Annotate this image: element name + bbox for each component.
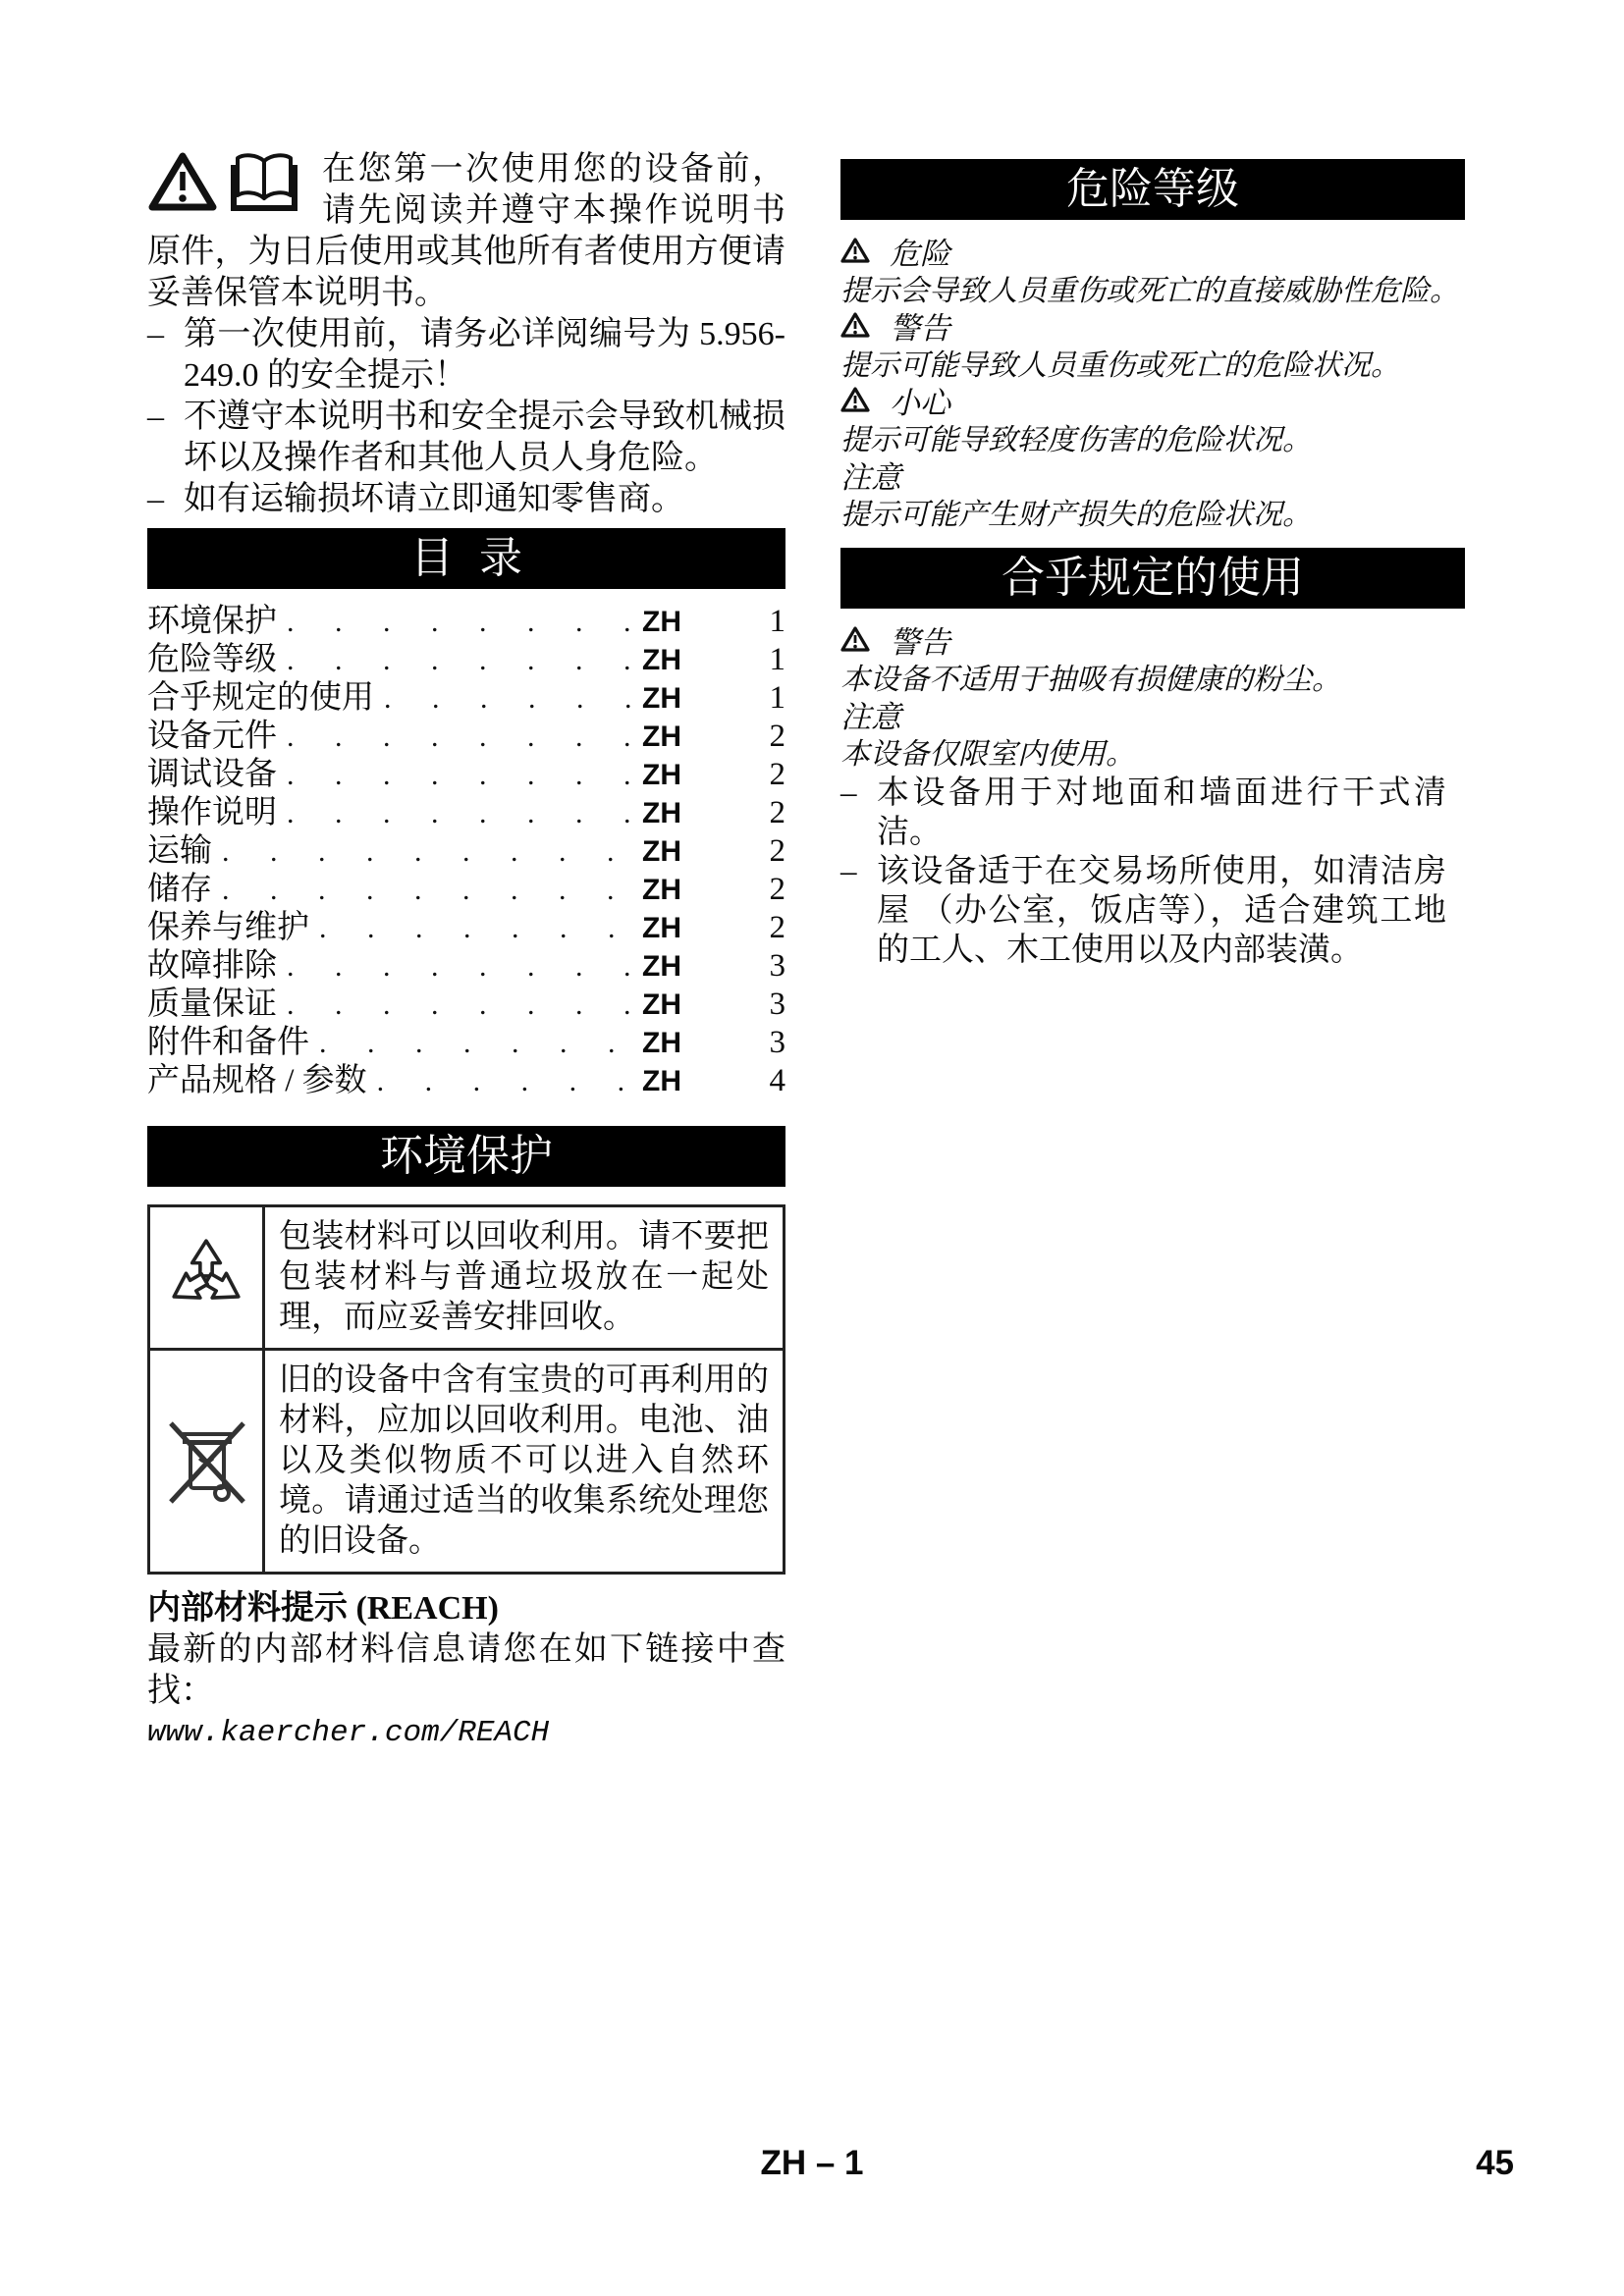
toc-label: 危险等级 [147, 641, 277, 679]
toc-dot-leader: . . . . . . . . . . . . . . . . . . . . [287, 947, 636, 986]
toc-row: 调试设备. . . . . . . . . . . . . . . . . . … [147, 756, 785, 794]
toc-label: 合乎规定的使用 [147, 679, 374, 718]
list-item-text: 本设备用于对地面和墙面进行干式清洁。 [877, 774, 1446, 852]
table-of-contents: 环境保护. . . . . . . . . . . . . . . . . . … [147, 603, 785, 1100]
toc-row: 合乎规定的使用. . . . . . . . . . . . . . . . .… [147, 679, 785, 718]
table-row: 旧的设备中含有宝贵的可再利用的材料，应加以回收利用。电池、油以及类似物质不可以进… [150, 1351, 783, 1572]
proper-use-section: 警告 本设备不适用于抽吸有损健康的粉尘。 注意 本设备仅限室内使用。 – 本设备… [840, 624, 1465, 970]
toc-row: 危险等级. . . . . . . . . . . . . . . . . . … [147, 641, 785, 679]
environment-table: 包装材料可以回收利用。请不要把包装材料与普通垃圾放在一起处理，而应妥善安排回收。… [147, 1204, 785, 1575]
toc-row: 操作说明. . . . . . . . . . . . . . . . . . … [147, 794, 785, 832]
table-row: 包装材料可以回收利用。请不要把包装材料与普通垃圾放在一起处理，而应妥善安排回收。 [150, 1207, 783, 1351]
section-header-contents: 目录 [147, 528, 785, 589]
hazard-level-desc: 提示会导致人员重伤或死亡的直接威胁性危险。 [840, 273, 1465, 310]
toc-lang: ZH [642, 947, 732, 986]
toc-dot-leader: . . . . . . . . . . . . . . . . . . . . [287, 794, 636, 832]
toc-page-number: 2 [732, 718, 785, 756]
toc-page-number: 4 [732, 1062, 785, 1100]
toc-lang: ZH [642, 756, 732, 794]
toc-lang: ZH [642, 832, 732, 871]
toc-lang: ZH [642, 871, 732, 909]
toc-page-number: 2 [732, 756, 785, 794]
list-item-text: 第一次使用前，请务必详阅编号为 5.956-249.0 的安全提示！ [184, 314, 785, 397]
toc-row: 附件和备件. . . . . . . . . . . . . . . . . .… [147, 1024, 785, 1062]
hazard-level-desc: 提示可能导致人员重伤或死亡的危险状况。 [840, 347, 1465, 385]
hazard-level-list: 危险 提示会导致人员重伤或死亡的直接威胁性危险。 警告 提示可能导致人员重伤或死… [840, 236, 1465, 534]
dash-marker: – [840, 852, 877, 970]
list-item: – 第一次使用前，请务必详阅编号为 5.956-249.0 的安全提示！ [147, 314, 785, 397]
recycle-icon-cell [150, 1207, 265, 1348]
toc-dot-leader: . . . . . . . . . . . . . . . . . . . . [287, 756, 636, 794]
toc-page-number: 1 [732, 679, 785, 718]
toc-dot-leader: . . . . . . . . . . . . . . . . . . . . [222, 832, 636, 871]
warning-triangle-icon [840, 624, 870, 662]
list-item: – 该设备适于在交易场所使用，如清洁房屋 （办公室，饭店等），适合建筑工地的工人… [840, 852, 1465, 970]
hazard-item-caution: 小心 [840, 385, 1465, 422]
hazard-level-desc: 提示可能导致轻度伤害的危险状况。 [840, 422, 1465, 459]
usage-warning-label: 警告 [840, 624, 1465, 662]
list-item: – 如有运输损坏请立即通知零售商。 [147, 479, 785, 520]
hazard-level-desc: 提示可能产生财产损失的危险状况。 [840, 497, 1465, 534]
hazard-level-label: 危险 [890, 236, 950, 273]
right-column: 危险等级 危险 提示会导致人员重伤或死亡的直接威胁性危险。 警告 提示可能导致人… [840, 159, 1465, 970]
footer-page-number: 45 [1476, 2144, 1514, 2183]
toc-page-number: 2 [732, 909, 785, 947]
table-cell-text: 包装材料可以回收利用。请不要把包装材料与普通垃圾放在一起处理，而应妥善安排回收。 [265, 1207, 783, 1348]
toc-row: 设备元件. . . . . . . . . . . . . . . . . . … [147, 718, 785, 756]
dash-marker: – [147, 314, 184, 397]
list-item-text: 不遵守本说明书和安全提示会导致机械损坏以及操作者和其他人员人身危险。 [184, 397, 785, 479]
warning-triangle-icon [840, 236, 870, 273]
list-item-text: 如有运输损坏请立即通知零售商。 [184, 479, 785, 520]
toc-lang: ZH [642, 909, 732, 947]
section-header-proper-use: 合乎规定的使用 [840, 548, 1465, 609]
warning-triangle-icon [840, 310, 870, 347]
toc-label: 储存 [147, 871, 212, 909]
toc-page-number: 2 [732, 871, 785, 909]
list-item-text: 该设备适于在交易场所使用，如清洁房屋 （办公室，饭店等），适合建筑工地的工人、木… [877, 852, 1446, 970]
hazard-level-label: 警告 [890, 310, 950, 347]
crossed-out-bin-icon [164, 1415, 248, 1508]
toc-page-number: 3 [732, 947, 785, 986]
intro-icons [147, 149, 322, 232]
left-column: 在您第一次使用您的设备前，请先阅读并遵守本操作说明书原件，为日后使用或其他所有者… [147, 149, 785, 1755]
warning-triangle-icon [840, 385, 870, 422]
hazard-item-warning: 警告 [840, 310, 1465, 347]
toc-dot-leader: . . . . . . . . . . . . . . . . . . . . [287, 641, 636, 679]
toc-dot-leader: . . . . . . . . . . . . . . . . . . . . [222, 871, 636, 909]
toc-lang: ZH [642, 986, 732, 1024]
toc-label: 质量保证 [147, 986, 277, 1024]
open-book-icon [226, 149, 302, 214]
crossed-bin-icon-cell [150, 1351, 265, 1572]
toc-label: 故障排除 [147, 947, 277, 986]
manual-page: 在您第一次使用您的设备前，请先阅读并遵守本操作说明书原件，为日后使用或其他所有者… [0, 0, 1624, 2296]
toc-row: 质量保证. . . . . . . . . . . . . . . . . . … [147, 986, 785, 1024]
toc-lang: ZH [642, 679, 732, 718]
toc-row: 故障排除. . . . . . . . . . . . . . . . . . … [147, 947, 785, 986]
toc-row: 运输. . . . . . . . . . . . . . . . . . . … [147, 832, 785, 871]
reach-heading: 内部材料提示 (REACH) [147, 1588, 785, 1629]
toc-label: 运输 [147, 832, 212, 871]
toc-label: 设备元件 [147, 718, 277, 756]
toc-page-number: 1 [732, 603, 785, 641]
usage-note-label: 注意 [840, 699, 1465, 736]
toc-page-number: 3 [732, 986, 785, 1024]
toc-lang: ZH [642, 1024, 732, 1062]
list-item: – 不遵守本说明书和安全提示会导致机械损坏以及操作者和其他人员人身危险。 [147, 397, 785, 479]
toc-page-number: 3 [732, 1024, 785, 1062]
toc-dot-leader: . . . . . . . . . . . . . . . . . . . . [377, 1062, 636, 1100]
toc-row: 环境保护. . . . . . . . . . . . . . . . . . … [147, 603, 785, 641]
hazard-item-danger: 危险 [840, 236, 1465, 273]
toc-label: 操作说明 [147, 794, 277, 832]
reach-text: 最新的内部材料信息请您在如下链接中查找： [147, 1629, 785, 1712]
dash-marker: – [147, 397, 184, 479]
toc-dot-leader: . . . . . . . . . . . . . . . . . . . . [319, 909, 636, 947]
section-header-hazard-levels: 危险等级 [840, 159, 1465, 220]
toc-dot-leader: . . . . . . . . . . . . . . . . . . . . [287, 603, 636, 641]
dash-marker: – [147, 479, 184, 520]
recycle-icon [164, 1236, 248, 1320]
reach-url: www.kaercher.com/REACH [147, 1712, 785, 1755]
warning-triangle-icon [147, 149, 218, 214]
toc-label: 调试设备 [147, 756, 277, 794]
toc-lang: ZH [642, 1062, 732, 1100]
toc-page-number: 1 [732, 641, 785, 679]
toc-label: 保养与维护 [147, 909, 309, 947]
toc-page-number: 2 [732, 832, 785, 871]
usage-warning-text: 本设备不适用于抽吸有损健康的粉尘。 [840, 662, 1465, 699]
toc-lang: ZH [642, 603, 732, 641]
table-cell-text: 旧的设备中含有宝贵的可再利用的材料，应加以回收利用。电池、油以及类似物质不可以进… [265, 1351, 783, 1572]
toc-label: 附件和备件 [147, 1024, 309, 1062]
dash-marker: – [840, 774, 877, 852]
toc-dot-leader: . . . . . . . . . . . . . . . . . . . . [287, 718, 636, 756]
list-item: – 本设备用于对地面和墙面进行干式清洁。 [840, 774, 1465, 852]
toc-row: 储存. . . . . . . . . . . . . . . . . . . … [147, 871, 785, 909]
footer-chapter-page: ZH – 1 [616, 2144, 1008, 2183]
section-header-environment: 环境保护 [147, 1126, 785, 1187]
usage-bullet-list: – 本设备用于对地面和墙面进行干式清洁。 – 该设备适于在交易场所使用，如清洁房… [840, 774, 1465, 970]
hazard-item-notice: 注意 [840, 459, 1465, 497]
toc-page-number: 2 [732, 794, 785, 832]
toc-lang: ZH [642, 794, 732, 832]
intro-bullet-list: – 第一次使用前，请务必详阅编号为 5.956-249.0 的安全提示！ – 不… [147, 314, 785, 520]
hazard-level-label: 注意 [840, 699, 901, 736]
toc-dot-leader: . . . . . . . . . . . . . . . . . . . . [319, 1024, 636, 1062]
usage-note-text: 本设备仅限室内使用。 [840, 736, 1465, 774]
toc-row: 产品规格 / 参数. . . . . . . . . . . . . . . .… [147, 1062, 785, 1100]
toc-label: 环境保护 [147, 603, 277, 641]
hazard-level-label: 小心 [890, 385, 950, 422]
hazard-level-label: 警告 [890, 624, 950, 662]
toc-lang: ZH [642, 641, 732, 679]
toc-dot-leader: . . . . . . . . . . . . . . . . . . . . [384, 679, 636, 718]
hazard-level-label: 注意 [840, 459, 901, 497]
intro-paragraph: 在您第一次使用您的设备前，请先阅读并遵守本操作说明书原件，为日后使用或其他所有者… [147, 149, 785, 314]
toc-row: 保养与维护. . . . . . . . . . . . . . . . . .… [147, 909, 785, 947]
toc-lang: ZH [642, 718, 732, 756]
toc-label: 产品规格 / 参数 [147, 1062, 367, 1100]
toc-dot-leader: . . . . . . . . . . . . . . . . . . . . [287, 986, 636, 1024]
